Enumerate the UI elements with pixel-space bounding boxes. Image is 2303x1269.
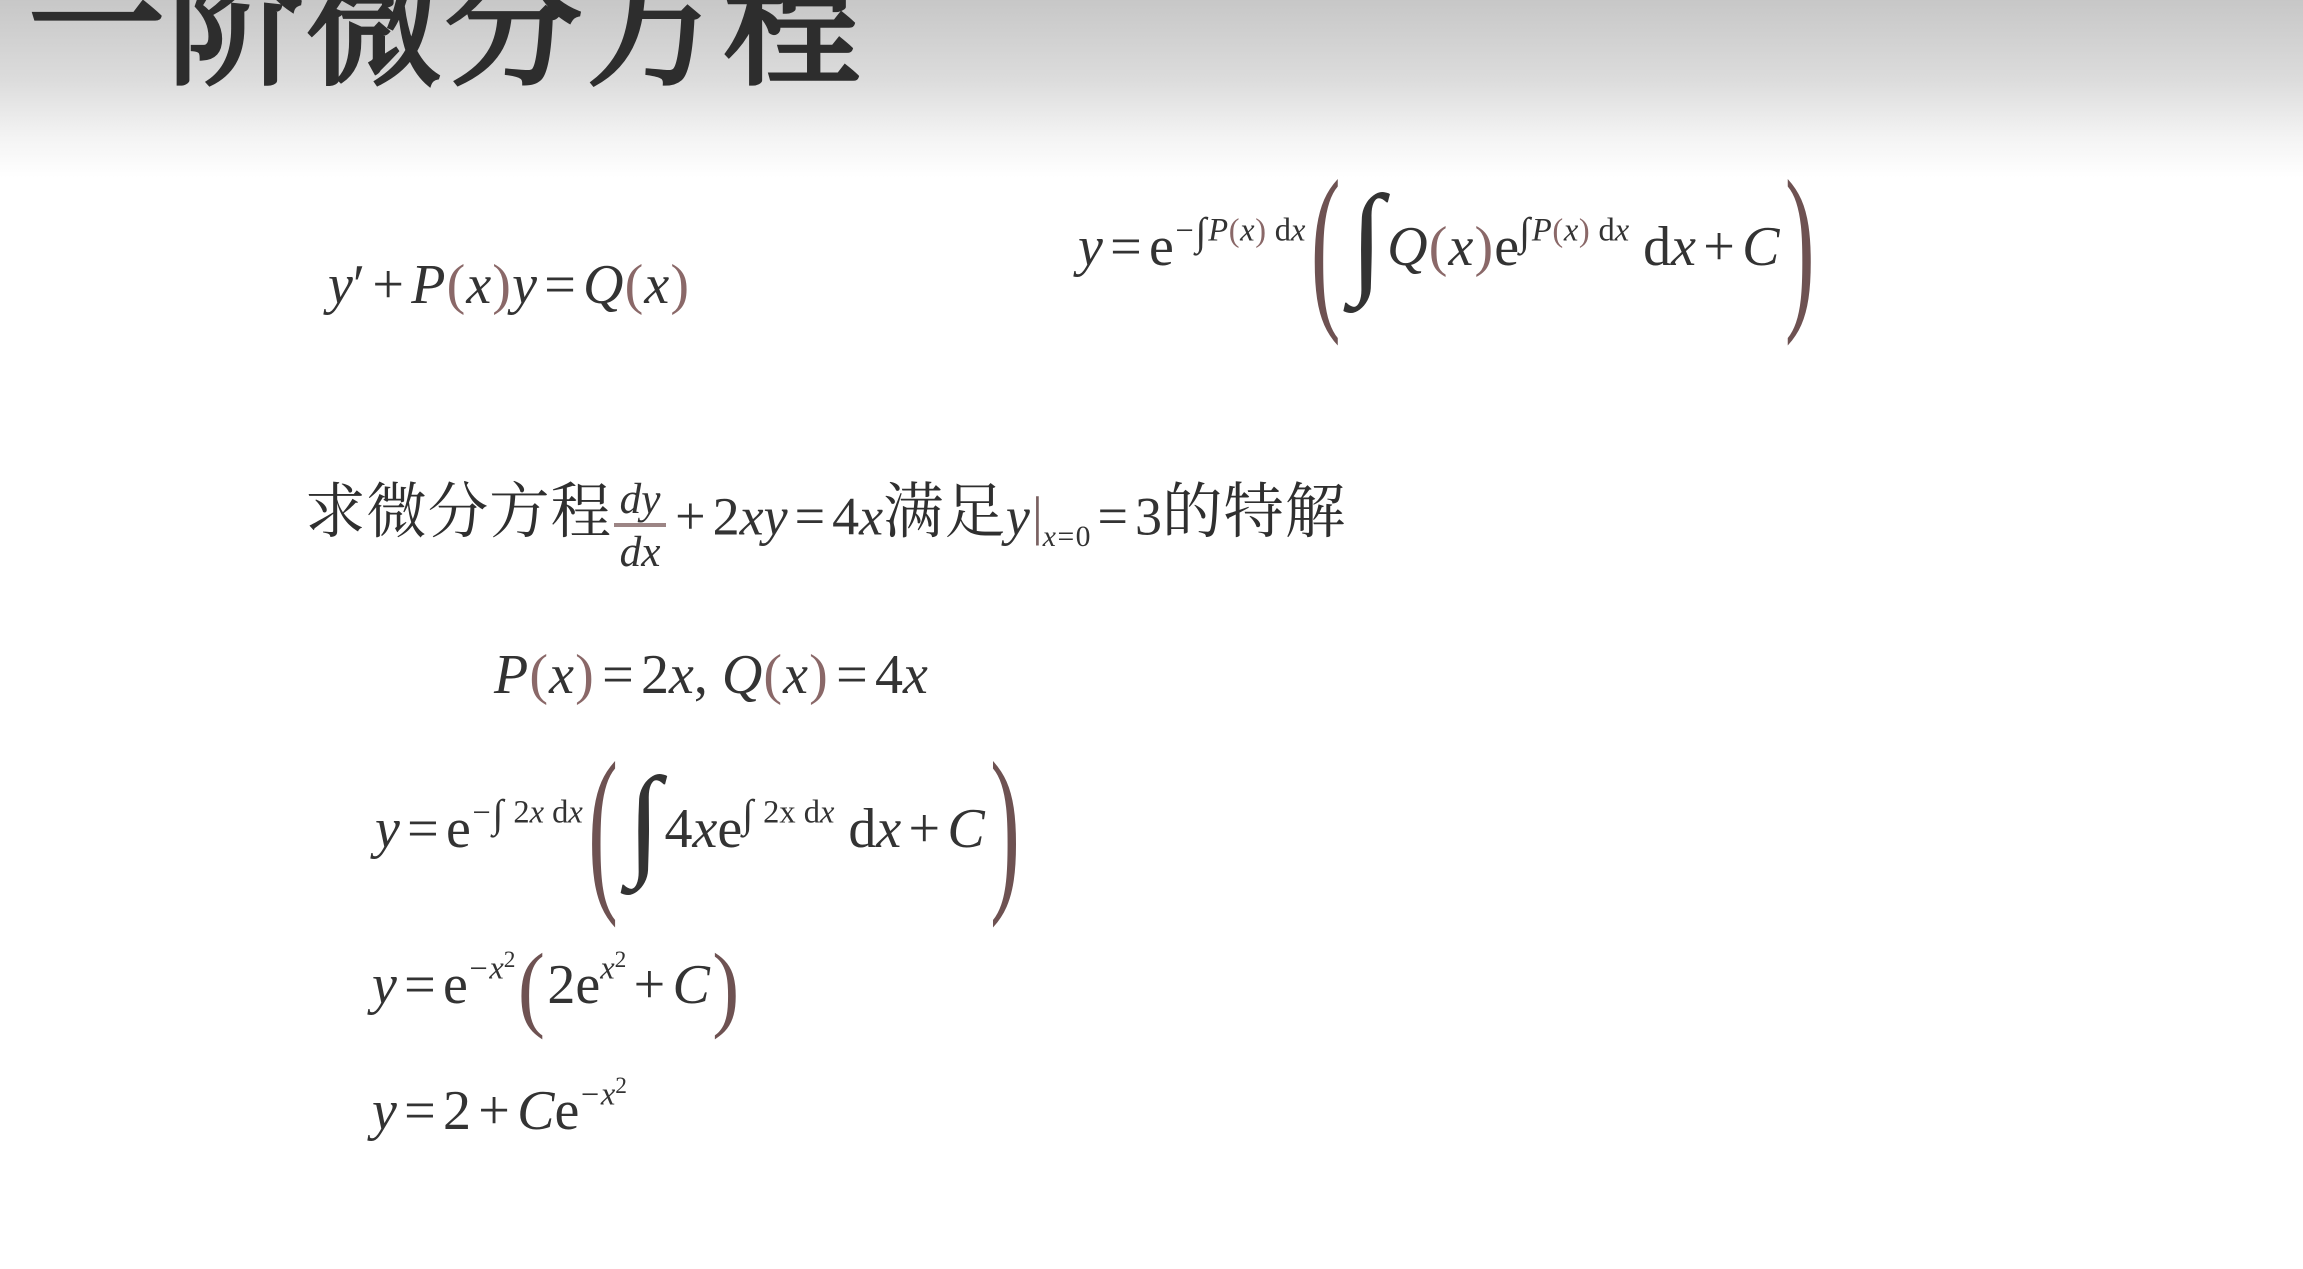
math-token: 2 [504,947,516,973]
math-token: 求微分方程 [305,477,612,547]
math-token: C [672,954,709,1016]
math-token: 2 [641,644,669,706]
math-token: d [834,798,876,860]
math-token: ∫ [742,792,755,836]
math-token: + [626,954,672,1016]
superscript: x2 [600,950,626,984]
math-token: x [466,254,491,316]
math-token: + [901,798,947,860]
math-token: = [829,644,875,706]
formula-step-pq: P(x)=2x, Q(x)=4x [494,642,928,709]
math-token: − [579,1077,601,1113]
math-token: d [620,529,642,576]
superscript: ∫P(x) dx [1519,215,1629,251]
formula-general-solution: y=e−∫P(x) dx(∫Q(x)e∫P(x) dx dx+C) [1078,214,1820,281]
math-token: 2 [713,486,740,546]
math-token: = [400,798,446,860]
math-token: C [517,1080,554,1142]
math-token: + [471,1080,517,1142]
math-token: ∫ [623,752,664,889]
math-token: e [554,1080,579,1142]
math-token: y [372,1080,397,1142]
math-token: x [859,486,883,546]
math-token: 2 [615,947,627,973]
math-token: ( [1428,216,1449,278]
math-token: x [1240,213,1254,249]
math-token: d [1267,213,1291,249]
math-token: x [820,795,834,831]
math-token: 2x d [755,795,820,831]
math-token: x [1043,521,1056,553]
math-token: e [717,798,742,860]
math-token: | [1030,486,1043,546]
math-token: − [1174,213,1196,249]
math-token: 4 [832,486,859,546]
math-token: C [1742,216,1779,278]
math-token: e [1149,216,1174,278]
superscript: −x2 [468,950,516,984]
math-token: = [397,1080,443,1142]
math-token: + [365,254,411,316]
math-token: = [1103,216,1149,278]
math-token: 2 [615,1073,627,1099]
math-token: x [1564,213,1578,249]
math-token: 0 [1076,521,1091,553]
math-token: x [1448,216,1473,278]
superscript: −∫ 2x dx [471,797,583,833]
math-token: x [489,951,503,987]
math-token: ) [1255,213,1267,249]
formula-standard-form: y′+P(x)y=Q(x) [328,252,690,319]
math-token: e [443,954,468,1016]
math-token: ) [574,644,595,706]
math-token: ∫ [492,792,505,836]
math-token: e [1494,216,1519,278]
math-token: ) [491,254,512,316]
math-token: 4 [664,798,692,860]
superscript: −x2 [579,1076,627,1110]
math-token: = [595,644,641,706]
math-token: = [788,486,833,546]
math-token: x [1291,213,1305,249]
math-token: Q [722,644,762,706]
math-token: x [783,644,808,706]
formula-step-integral: y=e−∫ 2x dx(∫4xe∫ 2x dx dx+C) [375,796,1025,863]
math-token: d [1629,216,1671,278]
math-token: x [641,529,660,576]
math-token: x [644,254,669,316]
slide: 一阶微分方程 y′+P(x)y=Q(x) y=e−∫P(x) dx(∫Q(x)e… [0,0,2303,1269]
math-token: P [1208,213,1228,249]
math-token: ) [808,644,829,706]
math-token: Q [583,254,623,316]
subscript: x=0 [1043,523,1091,553]
math-token: ( [762,644,783,706]
math-token: C [947,798,984,860]
math-token: y [1006,486,1030,546]
math-token: x [1671,216,1696,278]
superscript: −∫P(x) dx [1174,215,1306,251]
math-token: ( [1228,213,1240,249]
problem-statement: 求微分方程dydx+2xy=4x满足y|x=0=3的特解 [305,476,1346,575]
math-token: + [668,486,713,546]
math-token: 2 [505,795,529,831]
math-token: = [1056,521,1076,553]
math-token: x [876,798,901,860]
math-token: P [1532,213,1552,249]
math-token: ′ [353,254,365,316]
math-token: 3 [1135,486,1162,546]
math-token: x [600,951,614,987]
math-token: − [471,795,493,831]
math-token: d [1590,213,1614,249]
math-token: y [372,954,397,1016]
fraction: dydx [612,477,668,575]
math-token: ( [624,254,645,316]
math-token: + [1696,216,1742,278]
math-token: 4 [875,644,903,706]
math-token: d [544,795,568,831]
math-token: 满足 [883,477,1006,547]
math-token: Q [1387,216,1427,278]
formula-final-answer: y=2+Ce−x2 [372,1076,627,1145]
math-token: y [512,254,537,316]
math-token: x [692,798,717,860]
superscript: ∫ 2x dx [742,797,834,833]
math-token: P [494,644,528,706]
math-token: 2 [443,1080,471,1142]
math-token: ( [528,644,549,706]
math-token: e [446,798,471,860]
math-token: ) [669,254,690,316]
math-token: y [328,254,353,316]
math-token: x [601,1077,615,1113]
math-token: x [1615,213,1629,249]
math-token: ) [1473,216,1494,278]
math-token: x [669,644,694,706]
math-token: 2e [547,954,600,1016]
math-token: = [397,954,443,1016]
math-token: = [537,254,583,316]
math-token: xy [740,486,788,546]
math-token: x [549,644,574,706]
math-token: ( [1552,213,1564,249]
math-token: ( [445,254,466,316]
math-token: ∫ [1346,170,1387,307]
math-token: y [375,798,400,860]
math-token: x [903,644,928,706]
math-token: x [530,795,544,831]
math-token: x [568,795,582,831]
math-token: ∫ [1195,210,1208,254]
math-token: ∫ [1519,210,1532,254]
math-token: ) [1578,213,1590,249]
formula-step-simplified: y=e−x2(2ex2+C) [372,950,742,1019]
math-token: y [641,476,660,523]
math-token: − [468,951,490,987]
math-token: 的特解 [1162,477,1346,547]
math-token: , [694,644,722,706]
math-token: P [411,254,445,316]
slide-title: 一阶微分方程 [28,0,862,95]
math-token: y [1078,216,1103,278]
math-token: = [1091,486,1136,546]
math-token: d [620,476,642,523]
